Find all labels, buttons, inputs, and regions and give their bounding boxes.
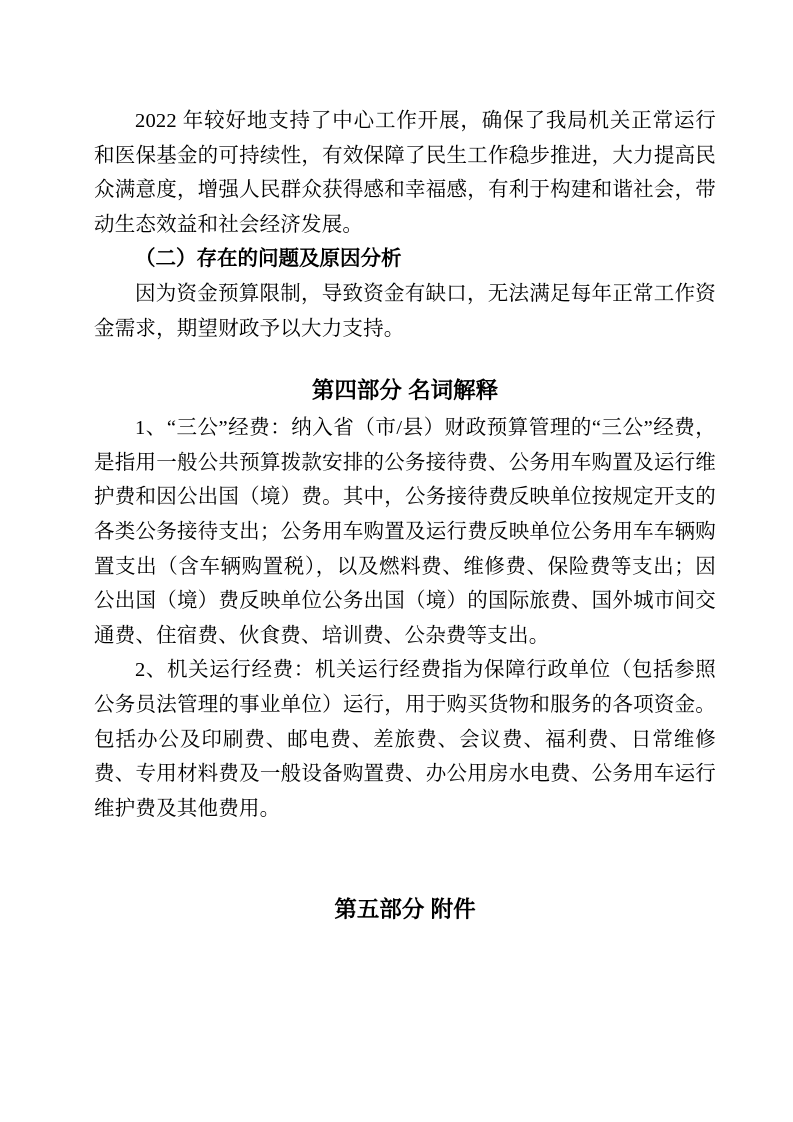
paragraph-term-sangong-funds: 1、“三公”经费：纳入省（市/县）财政预算管理的“三公”经费，是指用一般公共预算… (94, 411, 716, 653)
subheading-problems-and-cause-analysis: （二）存在的问题及原因分析 (94, 242, 716, 277)
paragraph-2022-performance-summary: 2022 年较好地支持了中心工作开展，确保了我局机关正常运行和医保基金的可持续性… (94, 104, 716, 242)
paragraph-funding-gap: 因为资金预算限制，导致资金有缺口，无法满足每年正常工作资金需求，期望财政予以大力… (94, 277, 716, 346)
document-page: 2022 年较好地支持了中心工作开展，确保了我局机关正常运行和医保基金的可持续性… (0, 0, 793, 1122)
document-content: 2022 年较好地支持了中心工作开展，确保了我局机关正常运行和医保基金的可持续性… (94, 104, 716, 930)
paragraph-term-agency-operating-funds: 2、机关运行经费：机关运行经费指为保障行政单位（包括参照公务员法管理的事业单位）… (94, 653, 716, 826)
heading-part-five-attachments: 第五部分 附件 (94, 892, 716, 927)
heading-part-four-glossary: 第四部分 名词解释 (94, 373, 716, 408)
